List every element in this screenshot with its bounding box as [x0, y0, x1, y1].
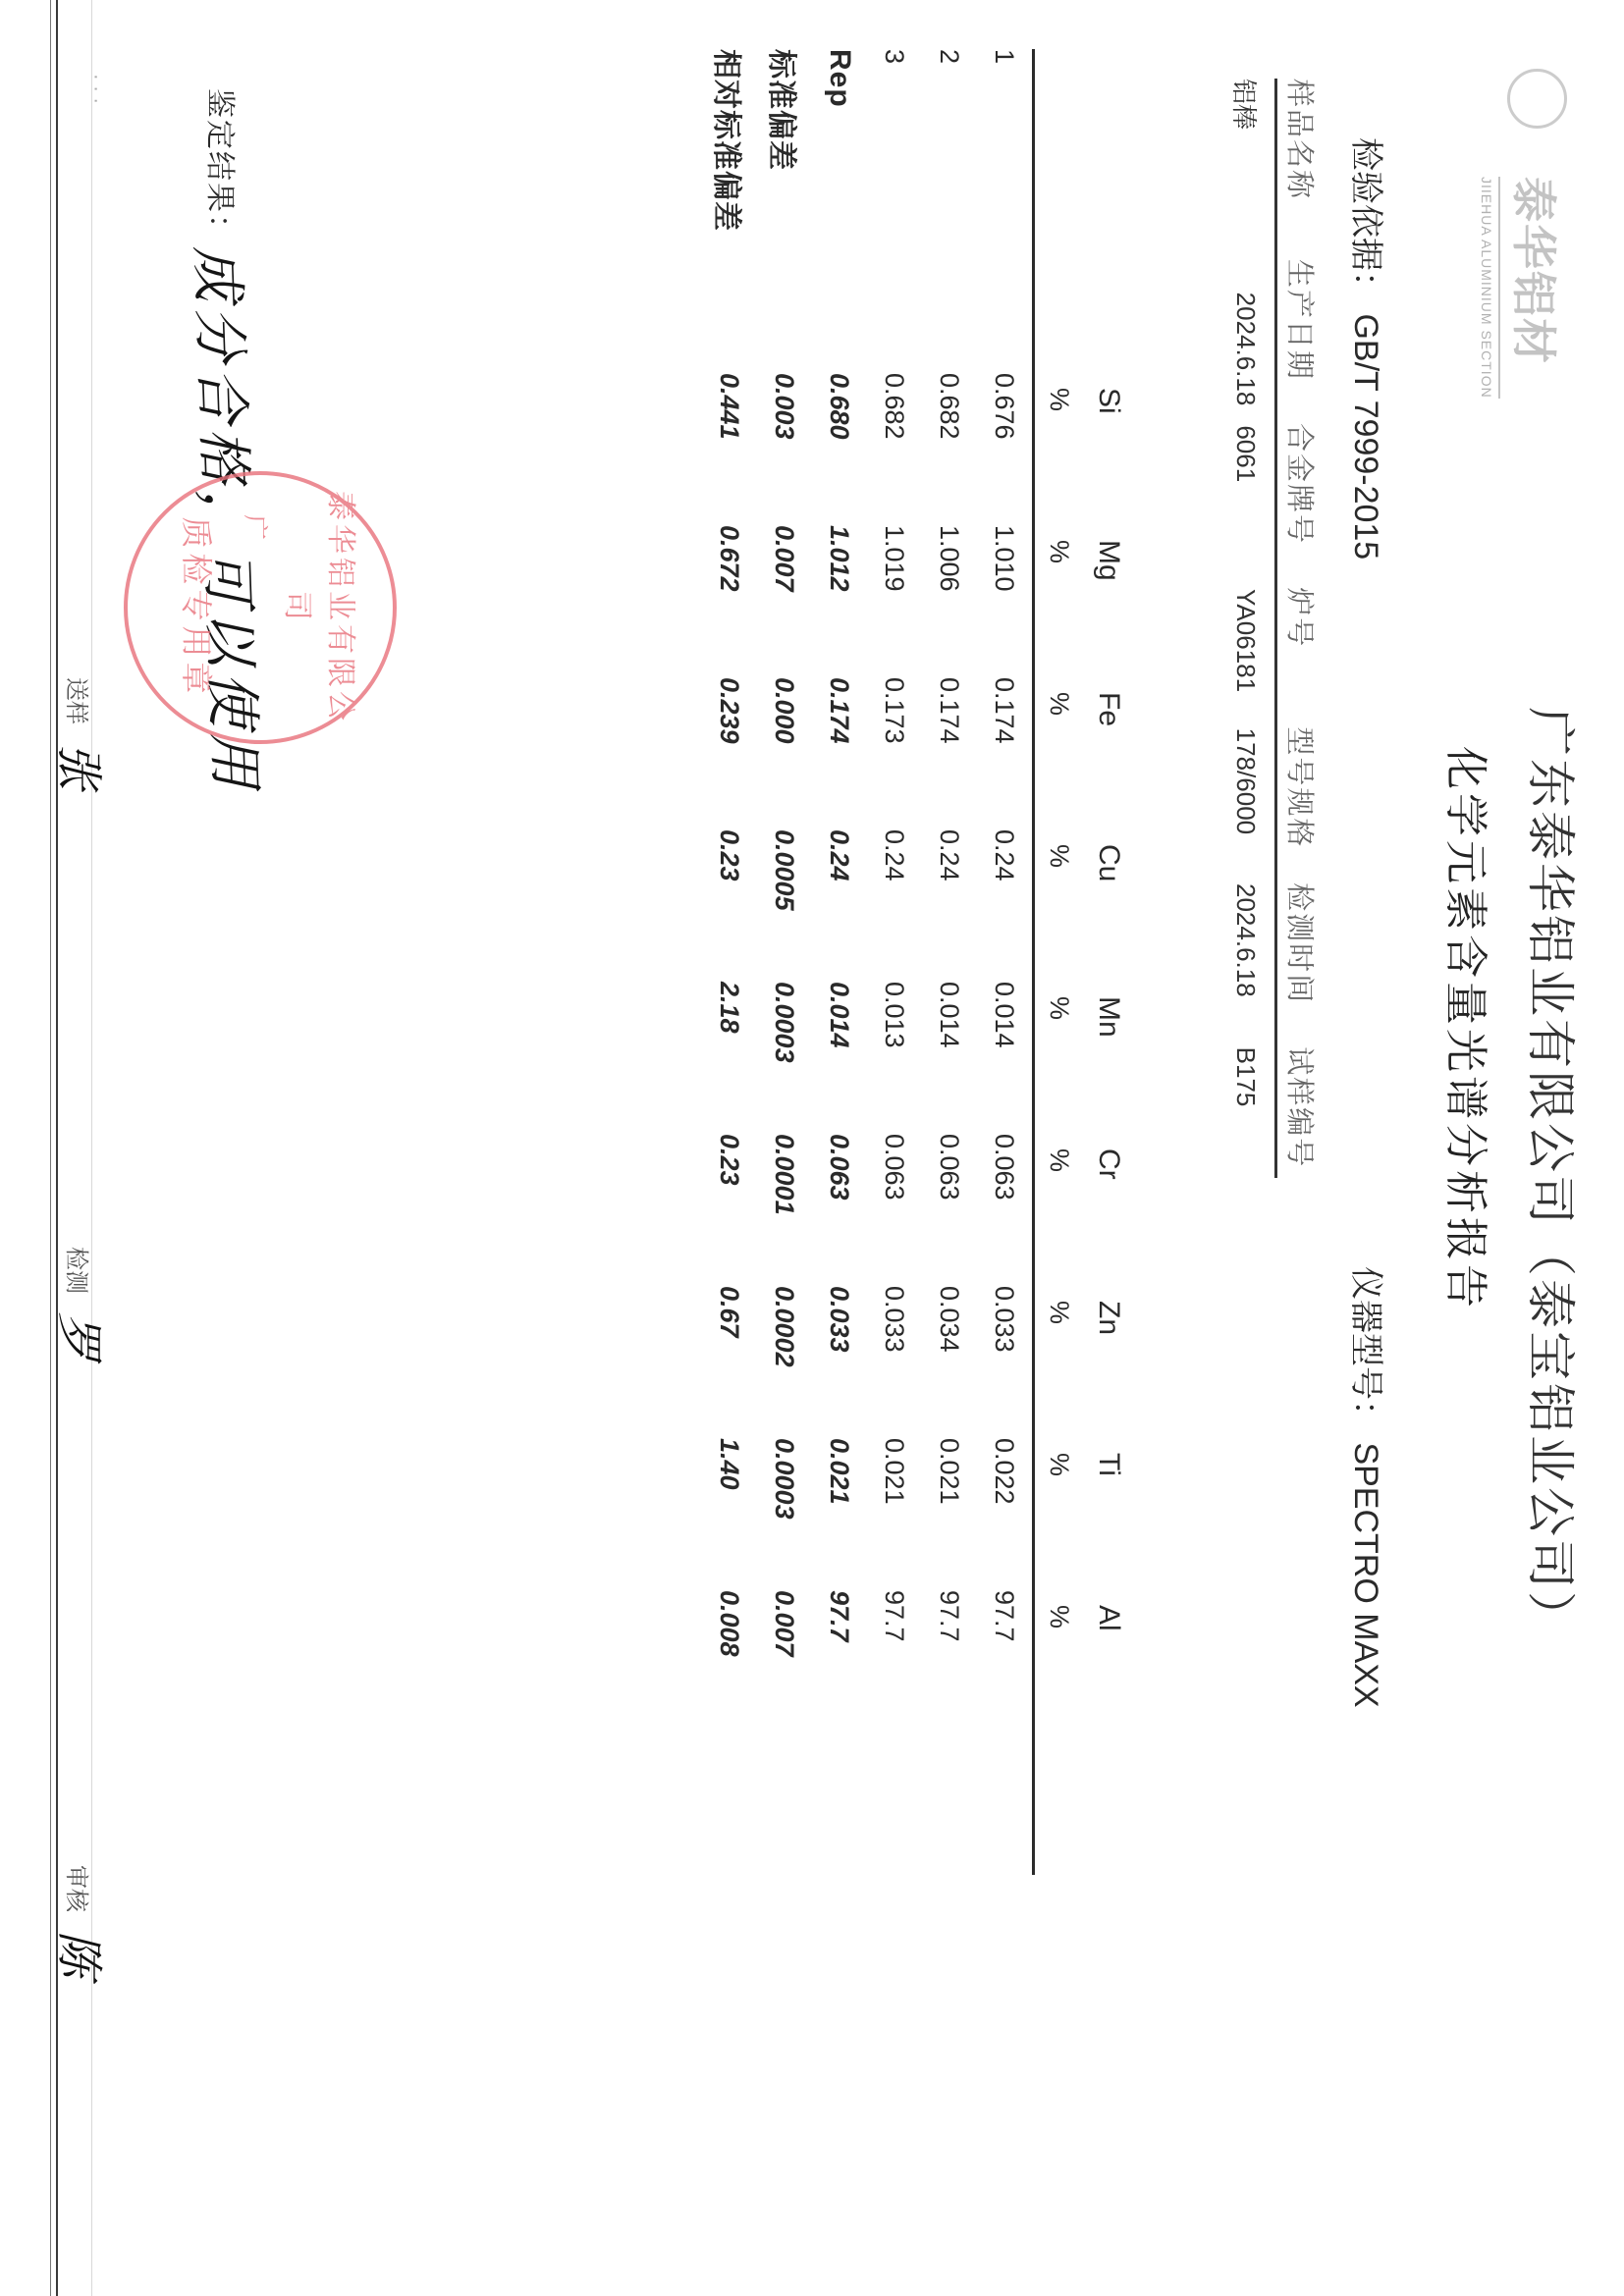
element-header-al: Al	[1092, 1590, 1125, 1742]
value-cell-mn: 0.014	[990, 982, 1020, 1134]
value-cell-al: 97.7	[935, 1590, 965, 1742]
element-header-si: Si	[1092, 373, 1125, 525]
header-alloy-grade: 合金牌号	[1282, 423, 1323, 587]
element-header-mg: Mg	[1092, 525, 1125, 677]
element-header-zn: Zn	[1092, 1286, 1125, 1438]
table-row: 10.6761.0100.1740.240.0140.0630.0330.022…	[977, 49, 1032, 1914]
instrument-model: 仪器型号： SPECTRO MAXX	[1345, 1266, 1393, 1708]
value-cell-fe: 0.174	[825, 677, 855, 829]
table-row: 20.6821.0060.1740.240.0140.0630.0340.021…	[922, 49, 977, 1914]
row-label: 标准偏差	[763, 49, 806, 373]
value-cell-mg: 0.672	[715, 525, 745, 677]
sample-number-value: B175	[1231, 1047, 1262, 1178]
handwritten-signature: 罗	[51, 1312, 106, 1360]
element-header-row: SiMgFeCuMnCrZnTiAl	[1084, 49, 1133, 1914]
value-cell-zn: 0.67	[715, 1286, 745, 1438]
value-cell-cu: 0.24	[880, 829, 910, 982]
report-title: 化学元素含量光谱分析报告	[1438, 746, 1501, 1311]
value-cell-ti: 0.021	[825, 1438, 855, 1590]
table-row: 相对标准偏差0.4410.6720.2390.232.180.230.671.4…	[702, 49, 757, 1914]
sample-name-value: 铝棒	[1228, 79, 1265, 258]
test-time-value: 2024.6.18	[1231, 883, 1262, 1047]
unit-cell: %	[1045, 1590, 1075, 1742]
unit-cell: %	[1045, 829, 1075, 982]
value-cell-cu: 0.24	[990, 829, 1020, 982]
value-cell-mg: 0.007	[770, 525, 800, 677]
value-cell-si: 0.680	[825, 373, 855, 525]
measurement-rows: 10.6761.0100.1740.240.0140.0630.0330.022…	[867, 49, 1032, 1914]
sample-info-table: 样品名称 生产日期 合金牌号 炉号 型号规格 检测时间 试样编号 铝棒 2024…	[1223, 79, 1325, 1178]
value-cell-mn: 2.18	[715, 982, 745, 1134]
value-cell-si: 0.682	[935, 373, 965, 525]
company-logo: 泰华铝材 JIIEHUA ALUMINIUM SECTION	[1459, 49, 1616, 422]
header-test-time: 检测时间	[1282, 882, 1323, 1046]
value-cell-fe: 0.174	[990, 677, 1020, 829]
value-cell-cr: 0.0001	[770, 1134, 800, 1286]
composition-table: SiMgFeCuMnCrZnTiAl %%%%%%%%% 10.6761.010…	[702, 49, 1133, 1914]
value-cell-fe: 0.000	[770, 677, 800, 829]
unit-cell: %	[1045, 677, 1075, 829]
logo-english-name: JIIEHUA ALUMINIUM SECTION	[1479, 177, 1500, 399]
sample-info-value-row: 铝棒 2024.6.18 6061 YA06181 178/6000 2024.…	[1223, 79, 1269, 1178]
alloy-grade-value: 6061	[1231, 425, 1262, 589]
element-header-ti: Ti	[1092, 1438, 1125, 1590]
unit-cell: %	[1045, 1134, 1075, 1286]
quality-inspection-seal: 泰华铝业有限公司 广 质检专用章	[124, 471, 397, 744]
table-row: 标准偏差0.0030.0070.0000.00050.00030.00010.0…	[757, 49, 812, 1914]
element-header-cr: Cr	[1092, 1134, 1125, 1286]
value-cell-mn: 0.013	[880, 982, 910, 1134]
row-label: 相对标准偏差	[708, 49, 751, 373]
header-production-date: 生产日期	[1282, 259, 1323, 423]
value-cell-si: 0.441	[715, 373, 745, 525]
unit-cell: %	[1045, 373, 1075, 525]
value-cell-mg: 1.010	[990, 525, 1020, 677]
heat-number-value: YA06181	[1231, 589, 1262, 728]
header-sample-number: 试样编号	[1282, 1046, 1323, 1178]
table-row: 30.6821.0190.1730.240.0130.0630.0330.021…	[867, 49, 922, 1914]
value-cell-cr: 0.063	[880, 1134, 910, 1286]
test-basis-label: 检验依据：	[1347, 137, 1384, 304]
value-cell-cr: 0.063	[990, 1134, 1020, 1286]
signature-reviewer: 审核 陈	[49, 1865, 117, 1978]
company-name: 广东泰华铝业有限公司（泰宝铝业公司）	[1519, 707, 1590, 1643]
value-cell-fe: 0.173	[880, 677, 910, 829]
row-label: 3	[880, 49, 910, 373]
value-cell-mg: 1.019	[880, 525, 910, 677]
test-basis-value: GB/T 7999-2015	[1347, 313, 1384, 560]
signature-sample-submitter: 送样 张	[49, 677, 117, 790]
header-specification: 型号规格	[1282, 726, 1323, 882]
value-cell-ti: 0.022	[990, 1438, 1020, 1590]
signature-tester: 检测 罗	[49, 1247, 117, 1360]
header-sample-name: 样品名称	[1282, 79, 1323, 259]
unit-row: %%%%%%%%%	[1035, 49, 1084, 1914]
seal-purpose-text: 质检专用章	[176, 475, 221, 740]
value-cell-si: 0.682	[880, 373, 910, 525]
value-cell-zn: 0.033	[825, 1286, 855, 1438]
value-cell-al: 97.7	[880, 1590, 910, 1742]
value-cell-ti: 0.0003	[770, 1438, 800, 1590]
value-cell-zn: 0.033	[990, 1286, 1020, 1438]
value-cell-al: 0.007	[770, 1590, 800, 1742]
value-cell-si: 0.003	[770, 373, 800, 525]
value-cell-cr: 0.23	[715, 1134, 745, 1286]
value-cell-mg: 1.012	[825, 525, 855, 677]
value-cell-al: 97.7	[990, 1590, 1020, 1742]
element-header-mn: Mn	[1092, 982, 1125, 1134]
faint-scan-mark: · · ·	[84, 74, 107, 104]
logo-emblem-icon	[1507, 69, 1567, 129]
verdict-label: 鉴定结果：	[201, 88, 244, 245]
value-cell-mn: 0.014	[935, 982, 965, 1134]
row-label: 2	[935, 49, 965, 373]
test-basis: 检验依据： GB/T 7999-2015	[1345, 137, 1393, 560]
signature-role: 审核	[63, 1865, 89, 1912]
specification-value: 178/6000	[1231, 728, 1262, 883]
value-cell-cu: 0.24	[935, 829, 965, 982]
value-cell-cu: 0.0005	[770, 829, 800, 982]
value-cell-fe: 0.174	[935, 677, 965, 829]
instrument-model-label: 仪器型号：	[1347, 1266, 1384, 1433]
value-cell-cr: 0.063	[935, 1134, 965, 1286]
value-cell-mn: 0.014	[825, 982, 855, 1134]
value-cell-fe: 0.239	[715, 677, 745, 829]
value-cell-cr: 0.063	[825, 1134, 855, 1286]
divider	[1032, 49, 1035, 1875]
handwritten-signature: 张	[51, 743, 106, 790]
element-header-cu: Cu	[1092, 829, 1125, 982]
value-cell-mg: 1.006	[935, 525, 965, 677]
unit-cell: %	[1045, 982, 1075, 1134]
value-cell-zn: 0.034	[935, 1286, 965, 1438]
unit-cell: %	[1045, 525, 1075, 677]
table-row: Rep0.6801.0120.1740.240.0140.0630.0330.0…	[812, 49, 867, 1914]
value-cell-zn: 0.0002	[770, 1286, 800, 1438]
value-cell-al: 97.7	[825, 1590, 855, 1742]
value-cell-si: 0.676	[990, 373, 1020, 525]
header-heat-number: 炉号	[1282, 587, 1323, 726]
sample-info-header-row: 样品名称 生产日期 合金牌号 炉号 型号规格 检测时间 试样编号	[1279, 79, 1325, 1178]
value-cell-mn: 0.0003	[770, 982, 800, 1134]
signature-role: 检测	[63, 1247, 89, 1294]
seal-company-text: 泰华铝业有限公司	[279, 475, 365, 740]
value-cell-zn: 0.033	[880, 1286, 910, 1438]
unit-cell: %	[1045, 1286, 1075, 1438]
rotated-report-page: 泰华铝材 JIIEHUA ALUMINIUM SECTION 广东泰华铝业有限公…	[0, 0, 1624, 2296]
value-cell-ti: 1.40	[715, 1438, 745, 1590]
production-date-value: 2024.6.18	[1231, 258, 1262, 425]
value-cell-ti: 0.021	[880, 1438, 910, 1590]
instrument-model-value: SPECTRO MAXX	[1347, 1442, 1384, 1707]
value-cell-cu: 0.23	[715, 829, 745, 982]
seal-middle-text: 广	[239, 514, 275, 540]
divider	[1274, 79, 1277, 1178]
logo-chinese-name: 泰华铝材	[1504, 177, 1569, 365]
value-cell-cu: 0.24	[825, 829, 855, 982]
row-label: Rep	[823, 49, 856, 373]
signature-role: 送样	[63, 677, 89, 724]
summary-rows: Rep0.6801.0120.1740.240.0140.0630.0330.0…	[702, 49, 867, 1914]
value-cell-al: 0.008	[715, 1590, 745, 1742]
element-header-fe: Fe	[1092, 677, 1125, 829]
unit-cell: %	[1045, 1438, 1075, 1590]
value-cell-ti: 0.021	[935, 1438, 965, 1590]
handwritten-signature: 陈	[51, 1931, 106, 1978]
row-label: 1	[990, 49, 1020, 373]
